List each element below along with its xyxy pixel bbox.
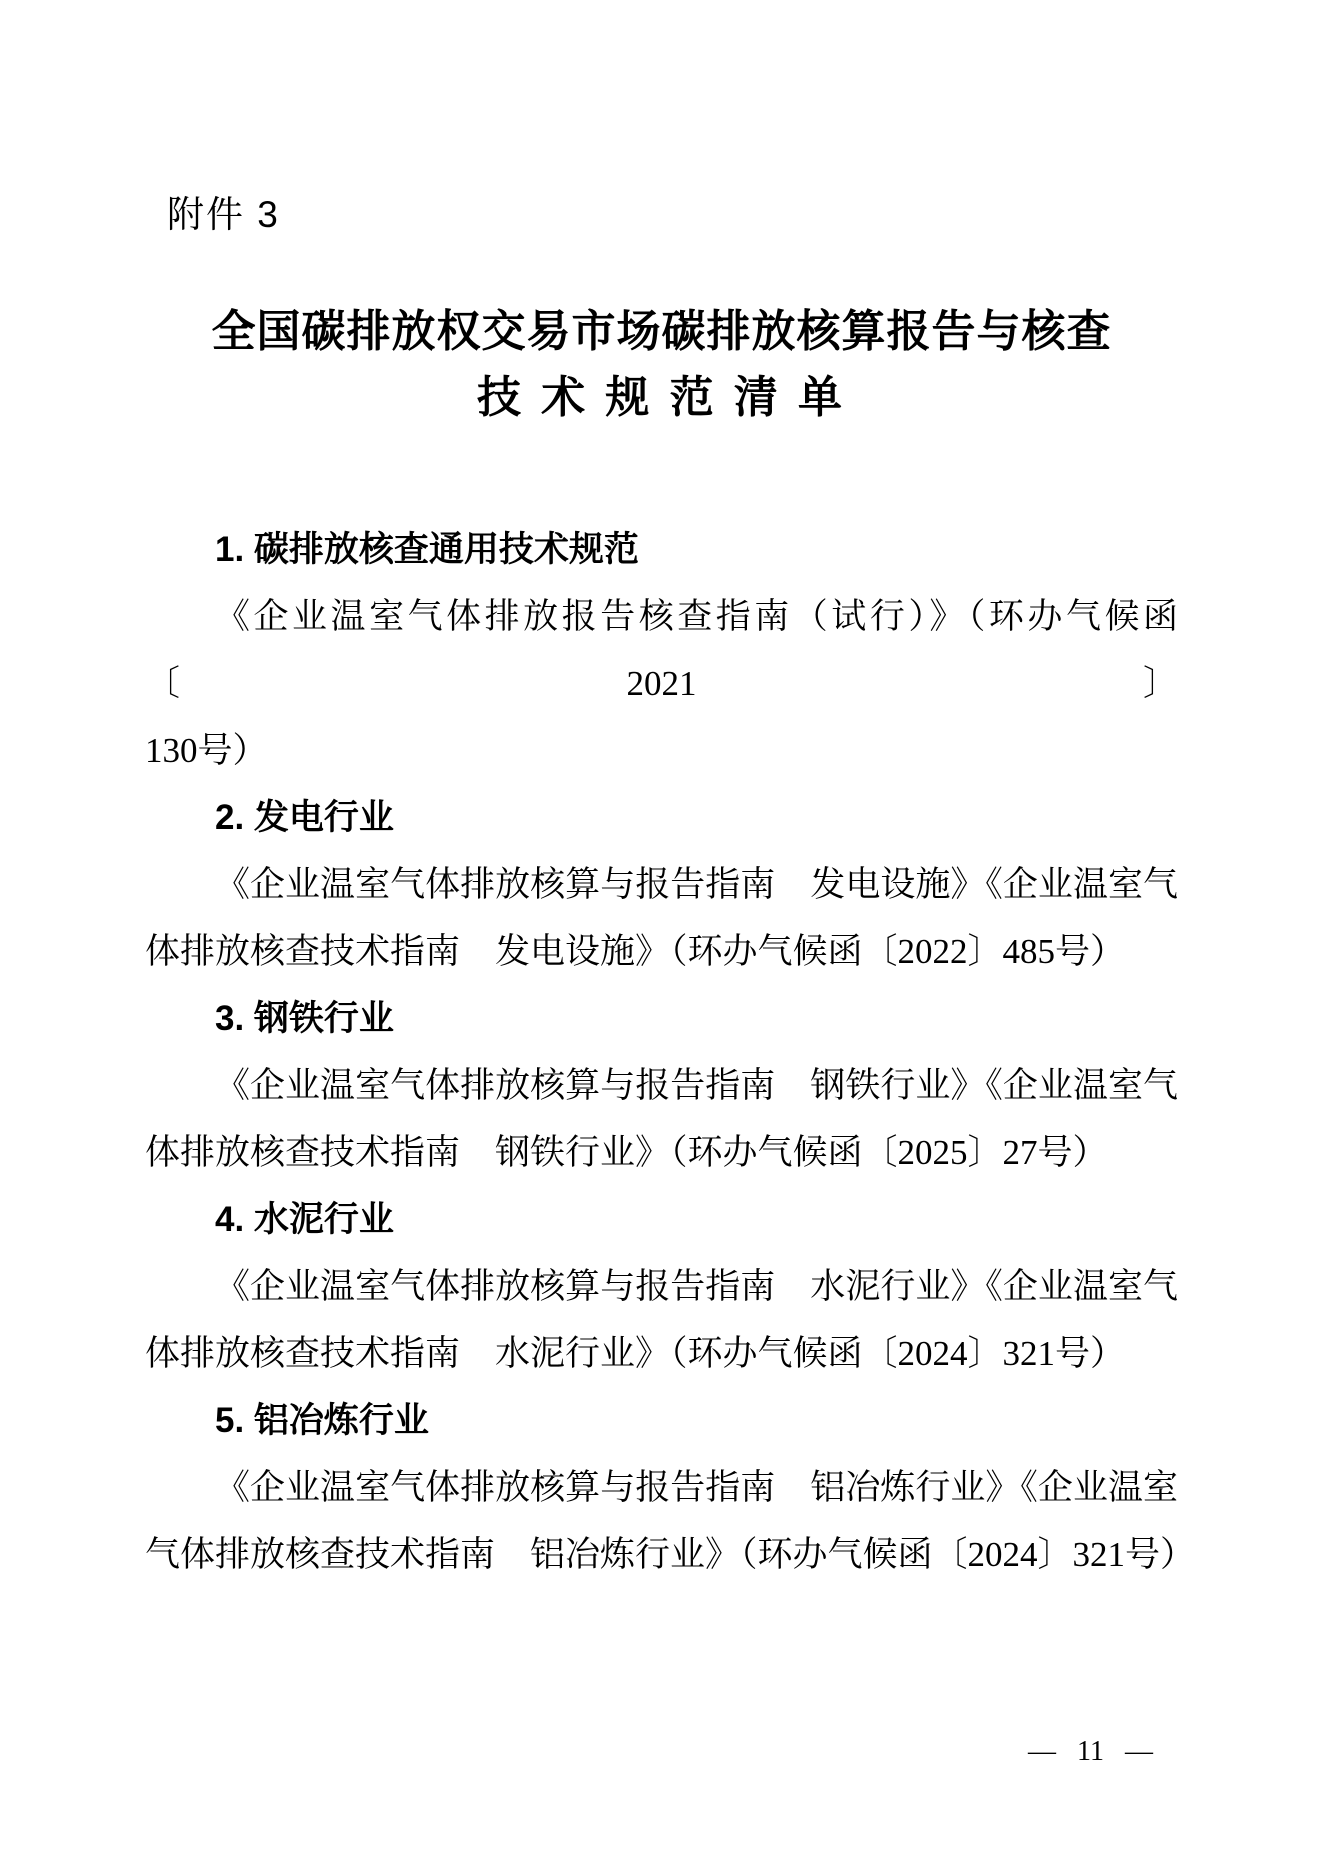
body-line: 《企业温室气体排放核算与报告指南 铝冶炼行业》《企业温室 — [145, 1454, 1178, 1521]
body-line: 体排放核查技术指南 发电设施》（环办气候函〔2022〕485号） — [145, 918, 1178, 985]
body-line: 《企业温室气体排放核算与报告指南 水泥行业》《企业温室气 — [145, 1253, 1178, 1320]
section-heading: 1. 碳排放核查通用技术规范 — [145, 516, 1178, 583]
body-line: 体排放核查技术指南 水泥行业》（环办气候函〔2024〕321号） — [145, 1320, 1178, 1387]
document-body: 1. 碳排放核查通用技术规范《企业温室气体排放报告核查指南（试行）》（环办气候函… — [145, 516, 1178, 1588]
document-page: 附件 3 全国碳排放权交易市场碳排放核算报告与核查 技 术 规 范 清 单 1.… — [0, 0, 1323, 1871]
body-line: 气体排放核查技术指南 铝冶炼行业》（环办气候函〔2024〕321号） — [145, 1521, 1178, 1588]
title-line-2: 技 术 规 范 清 单 — [0, 369, 1323, 427]
body-line: 《企业温室气体排放核算与报告指南 钢铁行业》《企业温室气 — [145, 1052, 1178, 1119]
section-heading: 4. 水泥行业 — [145, 1186, 1178, 1253]
body-line: 《企业温室气体排放报告核查指南（试行）》（环办气候函〔2021〕 — [145, 583, 1178, 717]
body-line: 《企业温室气体排放核算与报告指南 发电设施》《企业温室气 — [145, 851, 1178, 918]
section-heading: 2. 发电行业 — [145, 784, 1178, 851]
body-line: 体排放核查技术指南 钢铁行业》（环办气候函〔2025〕27号） — [145, 1119, 1178, 1186]
page-footer: — 11 — — [1028, 1736, 1153, 1768]
attachment-label: 附件 3 — [167, 184, 280, 238]
section-heading: 3. 钢铁行业 — [145, 985, 1178, 1052]
page-number: — 11 — — [1028, 1736, 1153, 1767]
section-heading: 5. 铝冶炼行业 — [145, 1387, 1178, 1454]
body-line: 130号） — [145, 717, 1178, 784]
title-line-1: 全国碳排放权交易市场碳排放核算报告与核查 — [0, 303, 1323, 361]
document-title: 全国碳排放权交易市场碳排放核算报告与核查 技 术 规 范 清 单 — [0, 303, 1323, 427]
